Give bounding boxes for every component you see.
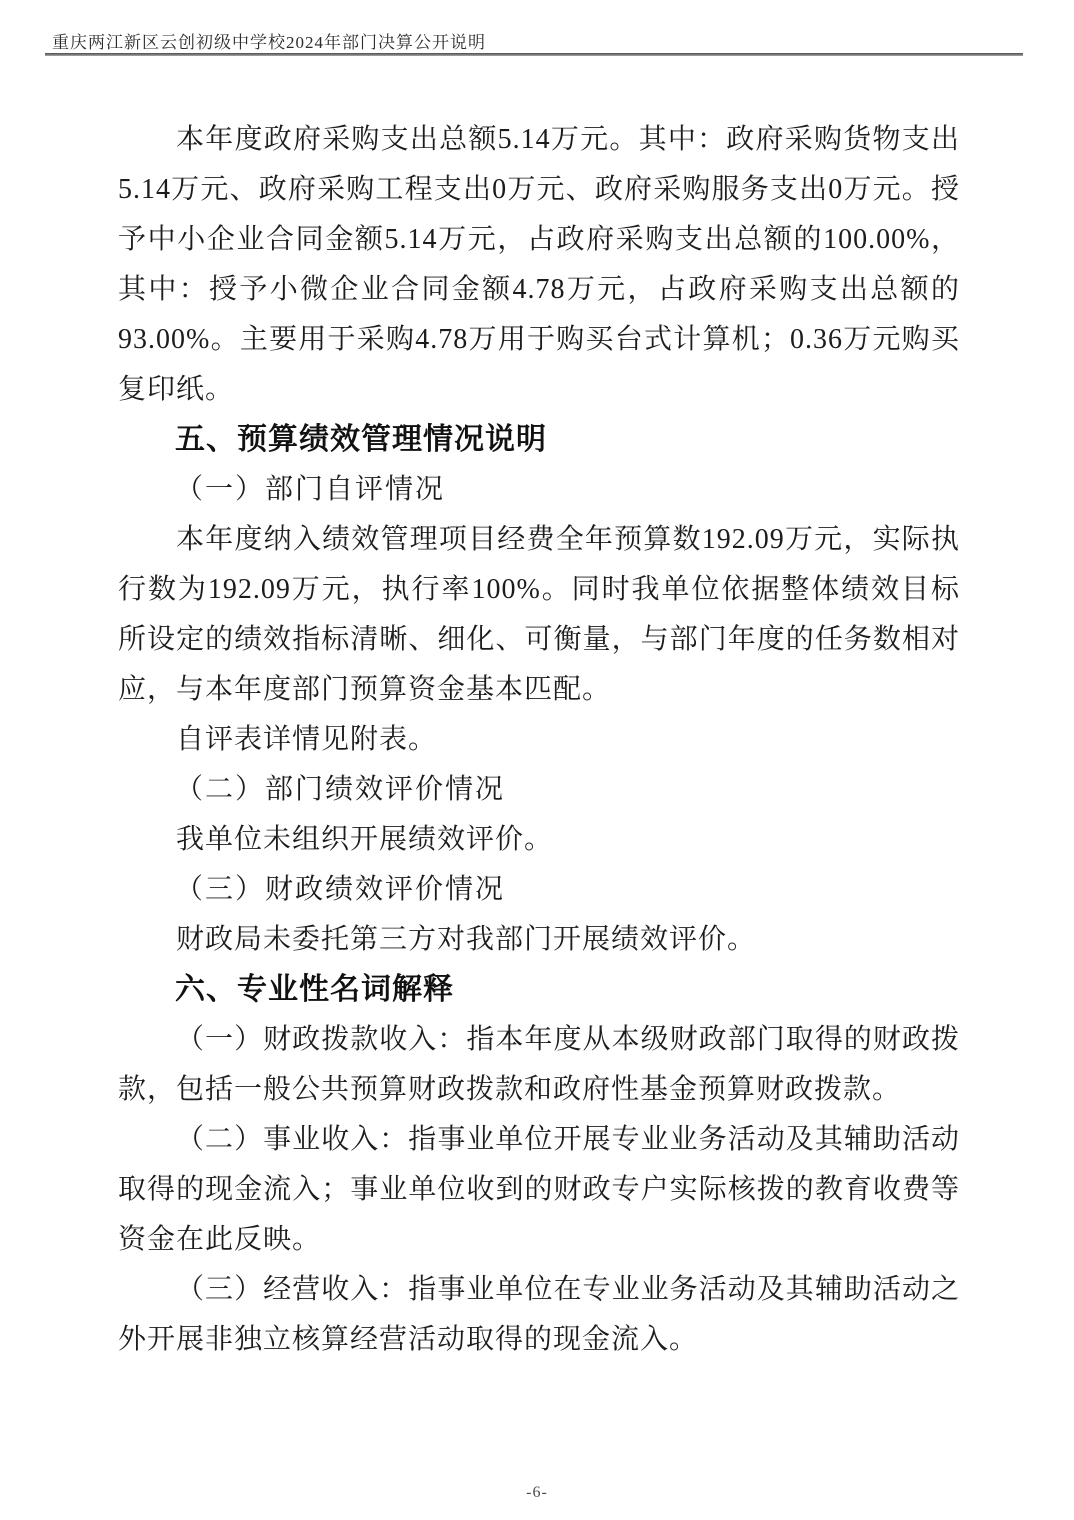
paragraph: 自评表详情见附表。 — [118, 715, 960, 765]
document-body: 本年度政府采购支出总额5.14万元。其中：政府采购货物支出5.14万元、政府采购… — [118, 115, 960, 1365]
paragraph: （三）经营收入：指事业单位在专业业务活动及其辅助活动之外开展非独立核算经营活动取… — [118, 1265, 960, 1365]
section-heading: 六、专业性名词解释 — [118, 965, 960, 1015]
page-number: -6- — [0, 1484, 1074, 1502]
paragraph: 财政局未委托第三方对我部门开展绩效评价。 — [118, 915, 960, 965]
paragraph: 本年度纳入绩效管理项目经费全年预算数192.09万元，实际执行数为192.09万… — [118, 515, 960, 715]
paragraph: （一）财政拨款收入：指本年度从本级财政部门取得的财政拨款，包括一般公共预算财政拨… — [118, 1015, 960, 1115]
document-page: 重庆两江新区云创初级中学校2024年部门决算公开说明 本年度政府采购支出总额5.… — [0, 0, 1074, 1520]
subsection-heading: （一）部门自评情况 — [118, 465, 960, 515]
subsection-heading: （三）财政绩效评价情况 — [118, 865, 960, 915]
paragraph: 本年度政府采购支出总额5.14万元。其中：政府采购货物支出5.14万元、政府采购… — [118, 115, 960, 415]
paragraph: （二）事业收入：指事业单位开展专业业务活动及其辅助活动取得的现金流入；事业单位收… — [118, 1115, 960, 1265]
header-rule-divider — [45, 53, 1023, 56]
subsection-heading: （二）部门绩效评价情况 — [118, 765, 960, 815]
section-heading: 五、预算绩效管理情况说明 — [118, 415, 960, 465]
document-header-title: 重庆两江新区云创初级中学校2024年部门决算公开说明 — [52, 28, 486, 53]
paragraph: 我单位未组织开展绩效评价。 — [118, 815, 960, 865]
